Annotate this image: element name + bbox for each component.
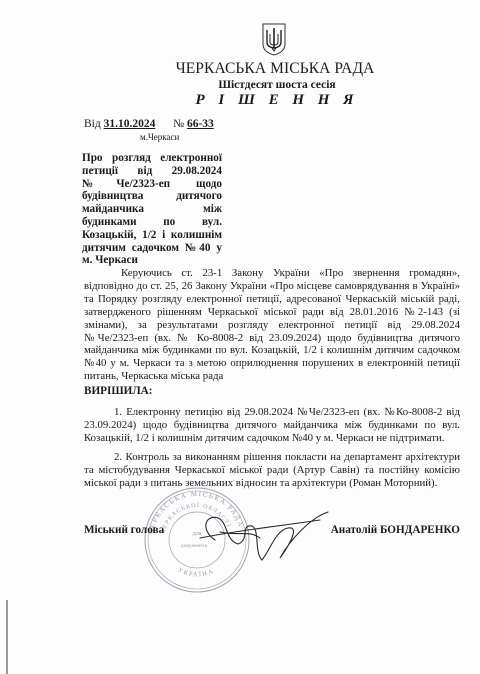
decision-date: 31.10.2024 [104, 118, 156, 130]
page-edge-line [6, 600, 8, 674]
decision-number: 66-33 [187, 118, 214, 130]
decision-subject: Про розгляд електронної петиції від 29.0… [82, 152, 222, 267]
number-prefix: № [173, 118, 184, 130]
date-number-line: Від 31.10.2024 № 66-33 [84, 118, 214, 130]
preamble-paragraph: Керуючись ст. 23-1 Закону України «Про з… [84, 267, 460, 383]
resolution-item-2: 2. Контроль за виконанням рішення поклас… [84, 451, 460, 490]
document-type-title: Р І Ш Е Н Н Я [0, 92, 480, 109]
city-label: м.Черкаси [140, 132, 179, 142]
document-page: ЧЕРКАСЬКА МІСЬКА РАДА Шістдесят шоста се… [0, 0, 480, 674]
signatory-position: Міський голова [84, 524, 164, 536]
resolved-label: ВИРІШИЛА: [84, 385, 152, 397]
trident-coat-of-arms-icon [261, 22, 287, 56]
handwritten-signature-icon [180, 500, 330, 570]
council-name: ЧЕРКАСЬКА МІСЬКА РАДА [0, 60, 480, 78]
resolution-item-1: 1. Електронну петицію від 29.08.2024 №Че… [84, 406, 460, 445]
signatory-name: Анатолій БОНДАРЕНКО [331, 524, 460, 536]
session-title: Шістдесят шоста сесія [0, 79, 480, 91]
date-prefix: Від [84, 118, 101, 130]
